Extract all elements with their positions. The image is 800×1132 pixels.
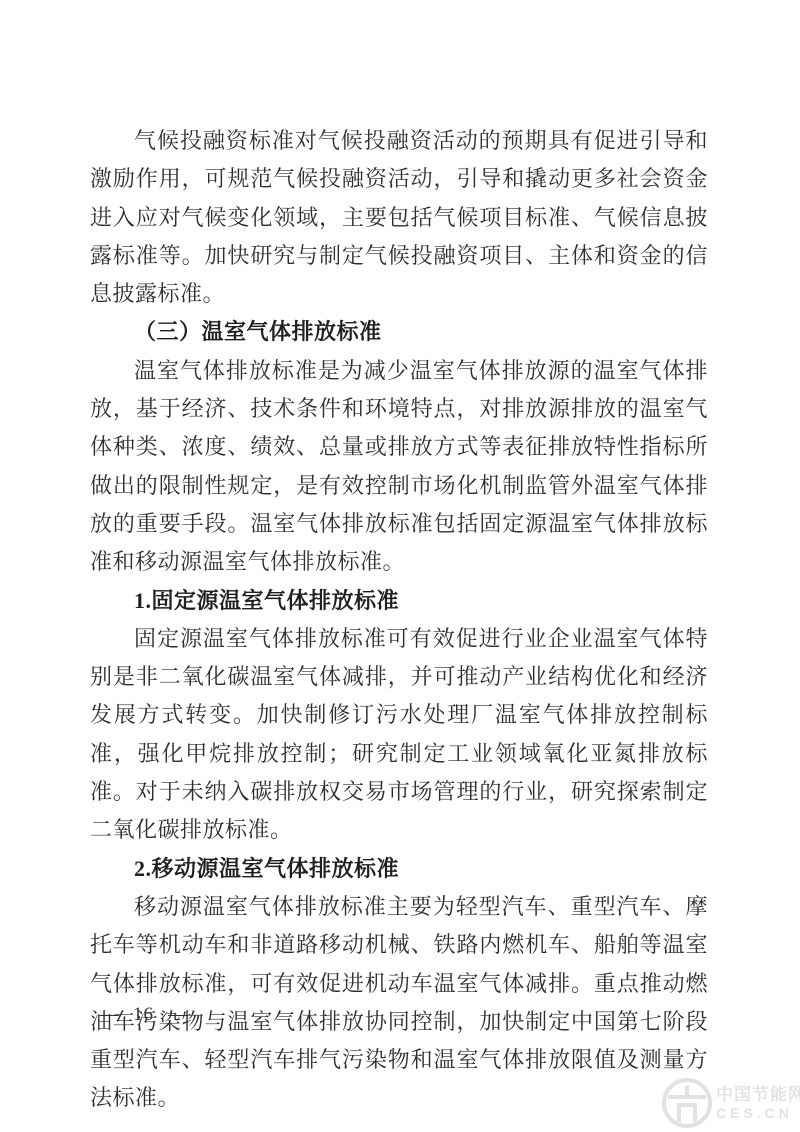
watermark-text: 中国节能网 CES.CN (716, 1086, 800, 1120)
watermark: 中国节能网 CES.CN (660, 1076, 800, 1130)
paragraph-stationary-source: 固定源温室气体排放标准可有效促进行业企业温室气体特别是非二氧化碳温室气体减排，并… (90, 620, 708, 850)
page-number-dash-left: — (100, 1004, 119, 1025)
ces-logo-icon (660, 1076, 714, 1130)
paragraph-climate-finance: 气候投融资标准对气候投融资活动的预期具有促进引导和激励作用，可规范气候投融资活动… (90, 122, 708, 313)
subsection-heading-stationary-source: 1.固定源温室气体排放标准 (90, 582, 708, 620)
watermark-site-domain: CES.CN (716, 1106, 800, 1120)
document-body: 气候投融资标准对气候投融资活动的预期具有促进引导和激励作用，可规范气候投融资活动… (90, 122, 708, 1118)
paragraph-ghg-standards-intro: 温室气体排放标准是为减少温室气体排放源的温室气体排放，基于经济、技术条件和环境特… (90, 352, 708, 582)
page-number: —16— (100, 1004, 187, 1026)
watermark-site-name: 中国节能网 (716, 1086, 800, 1103)
section-heading-ghg-standards: （三）温室气体排放标准 (90, 313, 708, 351)
paragraph-mobile-source: 移动源温室气体排放标准主要为轻型汽车、重型汽车、摩托车等机动车和非道路移动机械、… (90, 888, 708, 1118)
subsection-heading-mobile-source: 2.移动源温室气体排放标准 (90, 850, 708, 888)
document-page: 气候投融资标准对气候投融资活动的预期具有促进引导和激励作用，可规范气候投融资活动… (0, 0, 800, 1132)
page-number-dash-right: — (168, 1004, 187, 1025)
page-number-value: 16 (133, 1004, 154, 1025)
